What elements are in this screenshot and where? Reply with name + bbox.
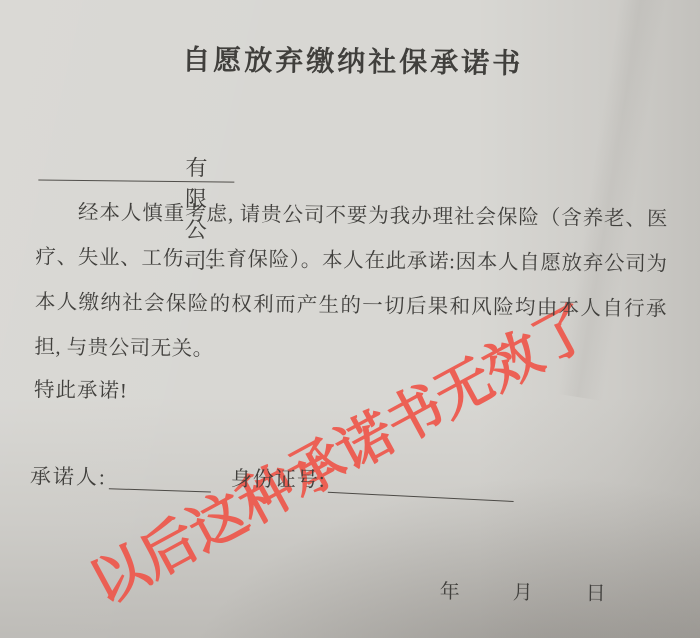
body-line-1: 经本人慎重考虑, 请贵公司不要为我办理社会保险（含养老、医: [36, 190, 668, 242]
document-page: 自愿放弃缴纳社保承诺书 有限公司: 经本人慎重考虑, 请贵公司不要为我办理社会保…: [0, 0, 700, 638]
body-line-2: 疗、失业、工伤、生育保险）。本人在此承诺:因本人自愿放弃公司为: [35, 235, 667, 287]
id-number-blank: [327, 492, 513, 502]
promiser-label: 承诺人:: [30, 464, 107, 489]
document-title: 自愿放弃缴纳社保承诺书: [3, 36, 700, 84]
year-label: 年: [440, 575, 460, 604]
closing-statement: 特此承诺!: [34, 372, 128, 403]
month-label: 月: [513, 576, 533, 605]
date-line: 年 月 日: [440, 575, 606, 606]
body-paragraph: 经本人慎重考虑, 请贵公司不要为我办理社会保险（含养老、医 疗、失业、工伤、生育…: [34, 190, 668, 377]
body-line-3: 本人缴纳社会保险的权利而产生的一切后果和风险均由本人自行承: [35, 280, 667, 332]
body-line-4: 担, 与贵公司无关。: [34, 325, 666, 377]
day-label: 日: [586, 577, 606, 606]
id-number-label: 身份证号:: [231, 467, 326, 492]
document-photo: 以后这种承诺书无效了 自愿放弃缴纳社保承诺书 有限公司: 经本人慎重考虑, 请贵…: [0, 0, 700, 638]
signature-line: 承诺人:身份证号:: [30, 460, 514, 495]
promiser-name-blank: [109, 488, 211, 492]
